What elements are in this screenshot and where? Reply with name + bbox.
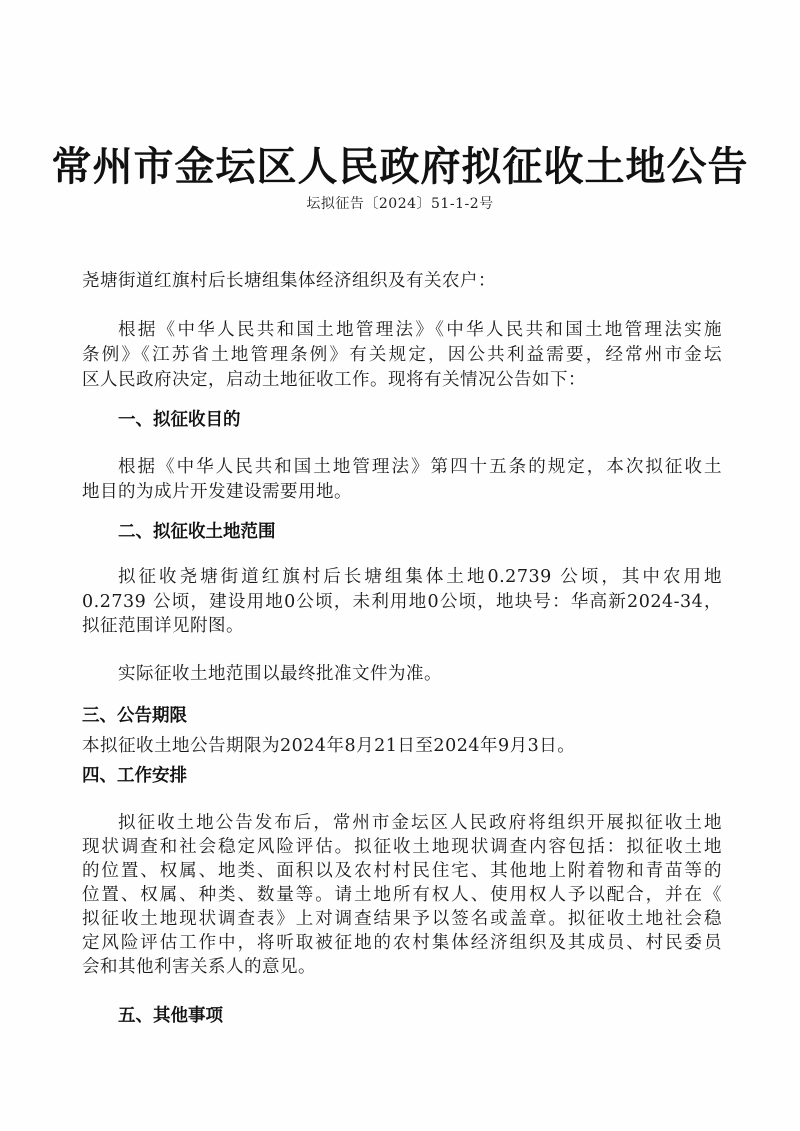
section-3-line-1: 本拟征收土地公告期限为2024年8月21日至2024年9月3日。 [82, 734, 722, 758]
section-3-heading: 三、公告期限 [82, 704, 187, 728]
section-4-line-6: 定风险评估工作中，将听取被征地的农村集体经济组织及其成员、村民委员 [82, 931, 722, 955]
section-2-line-2: 0.2739 公顷，建设用地0公顷，未利用地0公顷，地块号：华高新2024-34… [82, 590, 722, 614]
salutation: 尧塘街道红旗村后长塘组集体经济组织及有关农户： [82, 269, 722, 293]
section-2-note: 实际征收土地范围以最终批准文件为准。 [82, 662, 722, 686]
section-1-line-1: 根据《中华人民共和国土地管理法》第四十五条的规定，本次拟征收土 [82, 455, 722, 479]
section-1-heading: 一、拟征收目的 [118, 408, 241, 432]
section-2-heading: 二、拟征收土地范围 [118, 520, 276, 544]
section-4-line-2: 现状调查和社会稳定风险评估。拟征收土地现状调查内容包括：拟征收土地 [82, 835, 722, 859]
section-2-line-1: 拟征收尧塘街道红旗村后长塘组集体土地0.2739 公顷，其中农用地 [82, 565, 722, 589]
section-4-heading: 四、工作安排 [82, 764, 187, 788]
section-4-line-5: 拟征收土地现状调查表》上对调查结果予以签名或盖章。拟征收土地社会稳 [82, 907, 722, 931]
intro-line-2: 条例》《江苏省土地管理条例》有关规定，因公共利益需要，经常州市金坛 [82, 343, 722, 367]
intro-line-3: 区人民政府决定，启动土地征收工作。现将有关情况公告如下： [82, 368, 722, 392]
section-1-line-2: 地目的为成片开发建设需要用地。 [82, 480, 722, 504]
document-number: 坛拟征告〔2024〕51-1-2号 [0, 194, 800, 214]
section-4-line-3: 的位置、权属、地类、面积以及农村村民住宅、其他地上附着物和青苗等的 [82, 859, 722, 883]
section-2-line-3: 拟征范围详见附图。 [82, 614, 722, 638]
document-page: 常州市金坛区人民政府拟征收土地公告 坛拟征告〔2024〕51-1-2号 尧塘街道… [0, 0, 800, 1131]
section-4-line-7: 会和其他利害关系人的意见。 [82, 955, 722, 979]
document-title: 常州市金坛区人民政府拟征收土地公告 [0, 143, 800, 191]
intro-line-1: 根据《中华人民共和国土地管理法》《中华人民共和国土地管理法实施 [82, 318, 722, 342]
section-4-line-1: 拟征收土地公告发布后，常州市金坛区人民政府将组织开展拟征收土地 [82, 811, 722, 835]
section-4-line-4: 位置、权属、种类、数量等。请土地所有权人、使用权人予以配合，并在《 [82, 883, 722, 907]
section-5-heading: 五、其他事项 [118, 1004, 223, 1028]
